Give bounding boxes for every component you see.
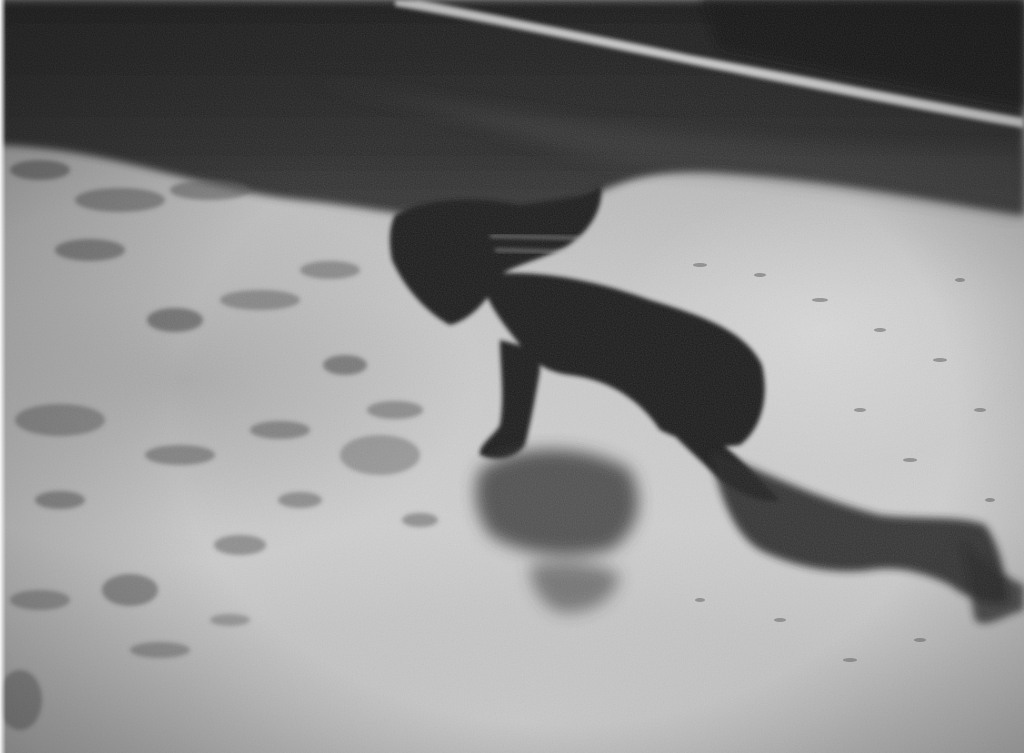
scene-drawing [0, 0, 1024, 753]
photo-edge [0, 0, 6, 753]
photograph [0, 0, 1024, 753]
film-grain [0, 0, 1024, 753]
